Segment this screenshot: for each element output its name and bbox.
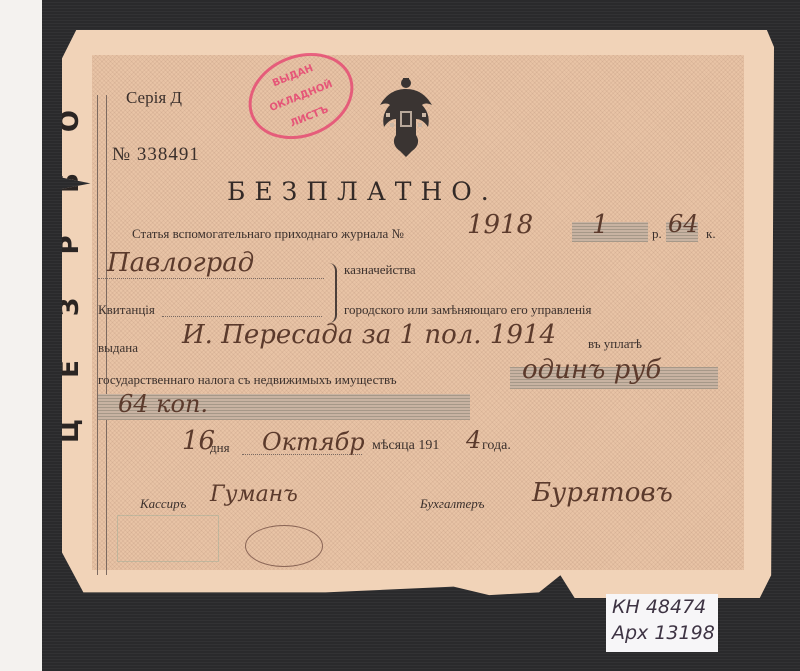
tax-label: государственнаго налога съ недвижимыхъ и… [98, 372, 397, 388]
payment-label: въ уплатѣ [588, 336, 642, 352]
double-headed-eagle-icon [374, 75, 438, 157]
city-dotted-line [98, 278, 324, 279]
accountant-signature: Бурятовъ [532, 478, 673, 508]
archive-label: КН 48474 Арх 13198 [606, 594, 718, 652]
amount-words: одинъ руб [522, 355, 661, 385]
ornamental-border [97, 95, 107, 575]
date-month: Октябр [262, 428, 365, 456]
rubles-value: 1 [592, 210, 609, 240]
accountant-label: Бухгалтеръ [420, 496, 485, 512]
treasury-label: казначейства [344, 262, 416, 278]
year-label: года. [482, 438, 511, 454]
archive-number: Арх 13198 [606, 620, 718, 646]
kopecks-label: к. [706, 226, 716, 242]
inventory-number: КН 48474 [606, 594, 718, 620]
series-label: Серія Д [126, 88, 182, 108]
kopecks-value: 64 [668, 210, 699, 238]
payer-name: И. Пересада за 1 пол. 1914 [182, 320, 556, 350]
seal-outline [245, 525, 323, 567]
amount-words-continued: 64 коп. [118, 390, 208, 418]
scanner-edge [0, 0, 42, 671]
rubles-label: р. [652, 226, 662, 242]
rubles-field [572, 222, 648, 242]
faded-stamp-box [117, 515, 219, 562]
brace [327, 263, 337, 323]
issued-label: выдана [98, 340, 138, 356]
receipt-dotted-line [162, 316, 322, 317]
serial-number: № 338491 [112, 144, 200, 166]
month-label: мѣсяца 191 [372, 438, 439, 454]
date-year-digit: 4 [466, 426, 481, 454]
receipt-label: Квитанція [98, 302, 155, 318]
cashier-label: Кассиръ [140, 496, 186, 512]
receipt-document: О Б Р З Е Ц Серія Д № 338491 ВЫДАН ОКЛАД… [62, 30, 774, 598]
journal-label: Статья вспомогательнаго приходнаго журна… [132, 226, 404, 242]
document-title: БЕЗПЛАТНО. [227, 177, 498, 206]
city-administration-label: городского или замѣняющаго его управлені… [344, 302, 592, 318]
treasury-city: Павлоград [107, 248, 254, 278]
day-label: дня [210, 440, 230, 456]
journal-number: 1918 [467, 210, 533, 240]
cashier-signature: Гуманъ [210, 482, 298, 507]
